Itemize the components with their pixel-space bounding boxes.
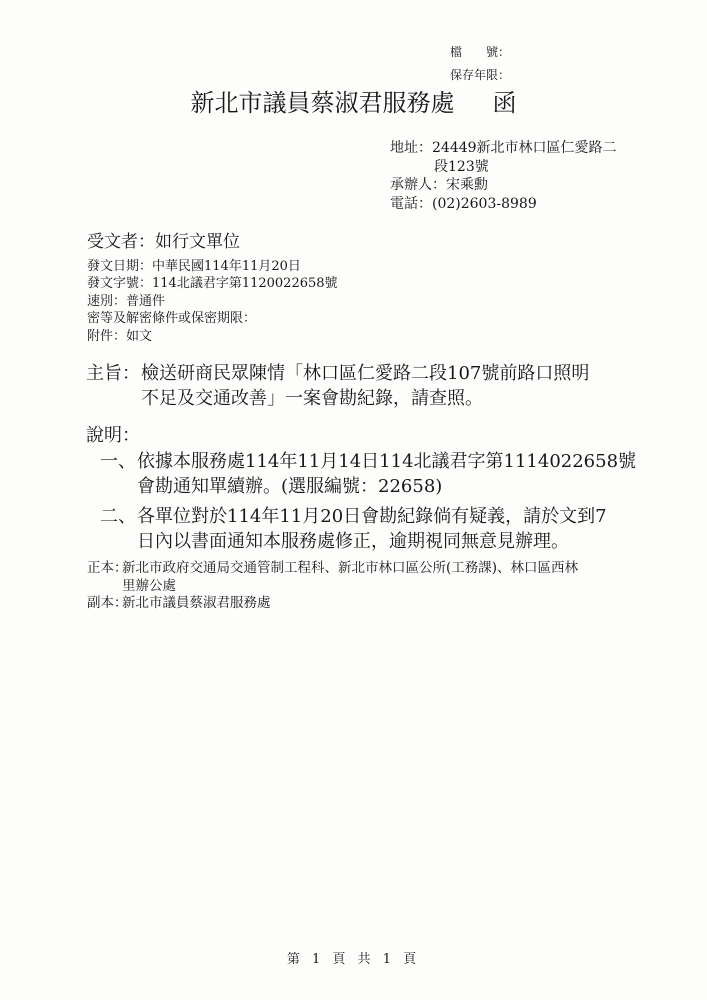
page-number-footer: 第 1 頁 共 1 頁 [0,948,707,967]
description-item-2: 二、 各單位對於114年11月20日會勘紀錄倘有疑義，請於文到7 日內以書面通知… [100,504,636,554]
subject-text-line1: 檢送研商民眾陳情「林口區仁愛路二段107號前路口照明 [141,361,707,386]
recipient-line: 受文者：如行文單位 [87,227,240,252]
attachment-line: 附件：如文 [87,328,338,345]
description-item-2-line2: 日內以書面通知本服務處修正，逾期視同無意見辦理。 [137,529,636,554]
security-line: 密等及解密條件或保密期限： [87,310,338,327]
description-item-1-number: 一、 [100,449,136,474]
speed-value: 普通件 [126,294,165,309]
recipient-value: 如行文單位 [155,232,240,252]
carbon-copy-row: 副本： 新北市議員蔡淑君服務處 [87,595,578,613]
security-label: 密等及解密條件或保密期限： [87,311,256,326]
document-type: 函 [493,89,517,117]
doc-number-label: 發文字號： [87,276,152,291]
subject-text-line2: 不足及交通改善」一案會勘紀錄，請查照。 [141,386,707,411]
sender-contact-line: 承辦人：宋乘勳 [390,176,617,195]
subject-label: 主旨： [86,361,140,386]
contact-name: 宋乘勳 [446,177,488,193]
file-number-label: 檔 號： [450,41,510,64]
subject-paragraph: 主旨： 檢送研商民眾陳情「林口區仁愛路二段107號前路口照明 不足及交通改善」一… [86,361,707,411]
description-item-2-number: 二、 [100,504,136,529]
phone-number: (02)2603-8989 [432,196,537,212]
recipient-label: 受文者： [87,232,155,252]
issuing-office-title: 新北市議員蔡淑君服務處 [191,89,455,117]
contact-label: 承辦人： [390,177,446,193]
description-item-2-line1: 各單位對於114年11月20日會勘紀錄倘有疑義，請於文到7 [137,504,636,529]
doc-number-value: 114北議君字第1120022658號 [152,276,338,291]
original-copy-line2: 里辦公處 [122,578,578,596]
phone-label: 電話： [390,196,432,212]
sender-address-line2: 段123號 [390,158,617,177]
issue-date-line: 發文日期：中華民國114年11月20日 [87,258,338,275]
attachment-value: 如文 [126,329,152,344]
original-copy-label: 正本： [87,560,128,578]
doc-number-line: 發文字號：114北議君字第1120022658號 [87,275,338,292]
description-label: 說明： [86,421,140,447]
distribution-block: 正本： 新北市政府交通局交通管制工程科、新北市林口區公所(工務課)、林口區西林 … [87,560,578,613]
address-label: 地址： [390,140,432,156]
document-title-row: 新北市議員蔡淑君服務處函 [0,83,707,118]
carbon-copy-value: 新北市議員蔡淑君服務處 [122,595,578,613]
description-items: 一、 依據本服務處114年11月14日114北議君字第1114022658號 會… [100,449,636,554]
attachment-label: 附件： [87,329,126,344]
original-copy-row: 正本： 新北市政府交通局交通管制工程科、新北市林口區公所(工務課)、林口區西林 … [87,560,578,595]
document-metadata-block: 發文日期：中華民國114年11月20日 發文字號：114北議君字第1120022… [87,258,338,345]
issue-date-label: 發文日期： [87,259,152,274]
speed-line: 速別：普通件 [87,293,338,310]
description-item-1: 一、 依據本服務處114年11月14日114北議君字第1114022658號 會… [100,449,636,499]
description-item-1-line1: 依據本服務處114年11月14日114北議君字第1114022658號 [137,449,636,474]
sender-phone-line: 電話：(02)2603-8989 [390,195,617,214]
address-value-line1: 24449新北市林口區仁愛路二 [432,140,617,156]
original-copy-line1: 新北市政府交通局交通管制工程科、新北市林口區公所(工務課)、林口區西林 [122,560,578,578]
sender-address-line1: 地址：24449新北市林口區仁愛路二 [390,139,617,158]
speed-label: 速別： [87,294,126,309]
sender-contact-block: 地址：24449新北市林口區仁愛路二 段123號 承辦人：宋乘勳 電話：(02)… [390,139,617,213]
carbon-copy-label: 副本： [87,595,128,613]
file-header-block: 檔 號： 保存年限： [450,41,510,87]
description-item-1-line2: 會勘通知單續辦。(選服編號：22658) [137,474,636,499]
issue-date-value: 中華民國114年11月20日 [152,259,301,274]
official-letter-page: 檔 號： 保存年限： 新北市議員蔡淑君服務處函 地址：24449新北市林口區仁愛… [0,0,707,1000]
